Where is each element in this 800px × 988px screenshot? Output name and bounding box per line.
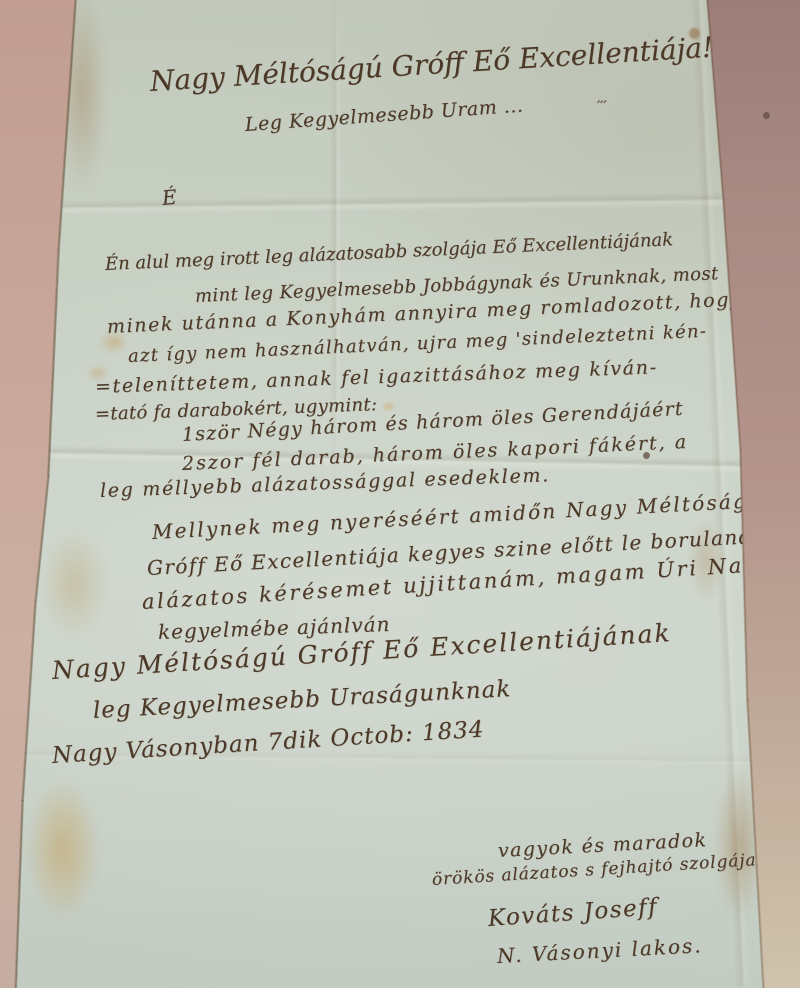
body-line: Én alul meg irott leg alázatosabb szolgá… [105,231,674,274]
signature-residence: N. Vásonyi lakos. [496,935,703,966]
signature-line: örökös alázatos s fejhajtó szolgája [431,852,757,889]
signature-name: Kováts Joseff [487,896,659,931]
closing-line-2: leg Kegyelmesebb Uraságunknak [92,678,511,723]
heading-line-2: Leg Kegyelmesebb Uram ... [244,97,524,135]
dateline: Nagy Vásonyban 7dik Octob: 1834 [51,719,485,768]
table-speck [763,112,770,119]
letter-paper: Nagy Méltóságú Gróff Eő Excellentiája! ′… [0,0,800,988]
heading-tick-marks: ′′′ [597,100,607,114]
foxing-stain [381,401,396,412]
foxing-stain [26,778,100,920]
photograph-of-letter: Nagy Méltóságú Gróff Eő Excellentiája! ′… [0,0,800,988]
horizontal-fold-crease [0,191,800,216]
stray-letter-mark: É [161,187,177,208]
body-line: leg méllyebb alázatossággal esedeklem. [100,466,551,501]
foxing-stain [40,528,108,640]
heading-line-1: Nagy Méltóságú Gróff Eő Excellentiája! [149,34,714,96]
